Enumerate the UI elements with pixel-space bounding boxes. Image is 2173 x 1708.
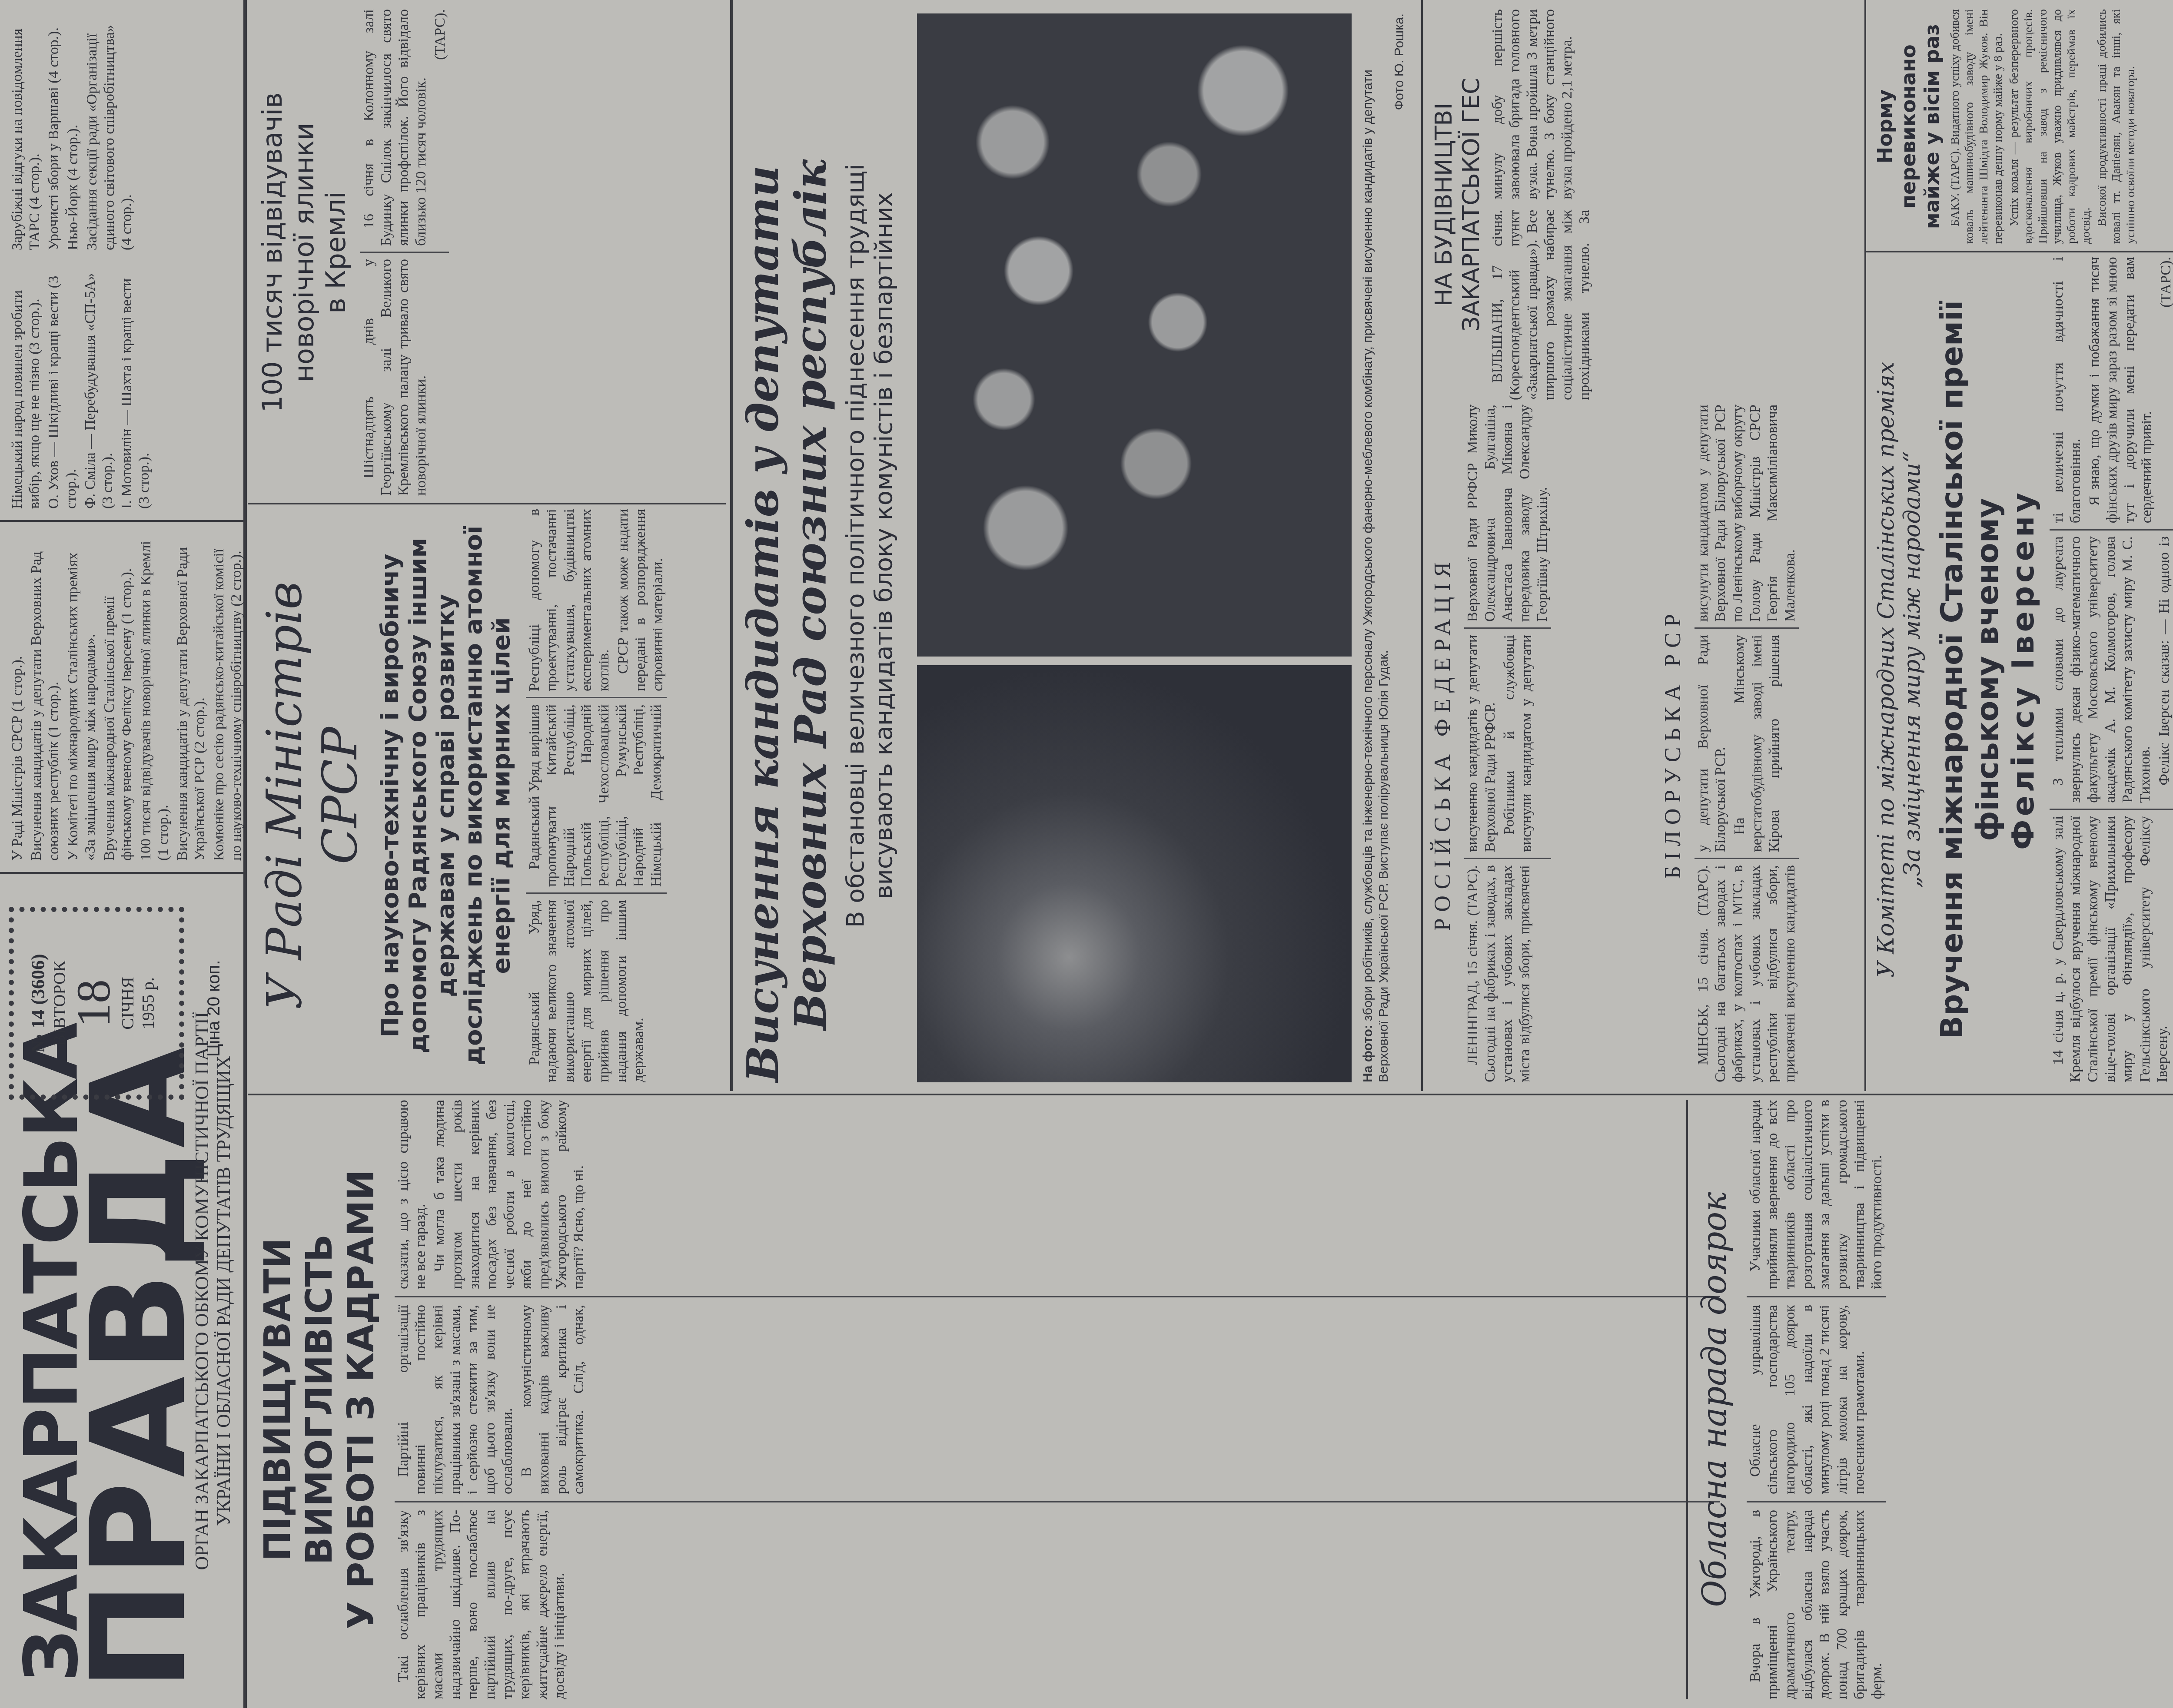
index-item[interactable]: 100 тисяч відвідувачів новорічної ялинки… (137, 531, 172, 861)
lead-headline-line1: ПІДВИЩУВАТИ ВИМОГЛИВІСТЬ (256, 1100, 340, 1699)
elections-headline-line1: Висунення кандидатів у депутати (739, 9, 787, 1082)
issue-month: СІЧНЯ (117, 912, 138, 1094)
rsfsr-heading: РОСІЙСЬКА ФЕДЕРАЦІЯ (1430, 405, 1455, 1082)
issue-date-box: № 14 (3606) ВІВТОРОК 18 СІЧНЯ 1955 р. (9, 907, 184, 1100)
norm-paragraph: Високої продуктивності праці добились ко… (2095, 9, 2138, 244)
kremlin-source: (ТАРС). (432, 9, 449, 246)
kremlin-headline-line2: новорічної ялинки (288, 9, 320, 496)
rsfsr-section: РОСІЙСЬКА ФЕДЕРАЦІЯ ЛЕНІНГРАД, 15 січня.… (1430, 405, 1551, 1082)
lead-paragraph: Такі ослаблення зв'язку керівних працівн… (395, 1510, 568, 1699)
index-item[interactable]: І. Мотовилін — Шахта і кращі вести (3 ст… (118, 268, 153, 509)
prize-headline-line2: Феліксу Іверсену (2005, 257, 2041, 1082)
newspaper-page: ЗАКАРПАТСЬКА ПРАВДА ОРГАН ЗАКАРПАТСЬКОГО… (0, 0, 2173, 1708)
index-item[interactable]: Висунення кандидатів у депутати Верховно… (174, 531, 209, 861)
norm-body: БАКУ. (ТАРС). Видатного успіху добився к… (1948, 9, 2138, 244)
council-paragraph: СРСР також може надати передані в розпор… (615, 509, 667, 691)
issue-weekday: ВІВТОРОК (49, 912, 70, 1094)
milkmaids-body: Вчора в Ужгороді, в приміщенні Українськ… (1747, 1100, 1886, 1699)
norm-article-block: Норму перевиконано майже у вісім раз БАК… (1873, 9, 2140, 244)
kremlin-tree-article: 100 тисяч відвідувачів новорічної ялинки… (256, 9, 726, 496)
index-item[interactable]: Німецький народ повинен зробити вибір, я… (9, 268, 43, 509)
hes-article: НА БУДІВНИЦТВІ ЗАКАРПАТСЬКОЇ ГЕС ВІЛЬШАН… (1430, 9, 1593, 400)
prize-kicker-line2: „За зміцнення миру між народами“ (1899, 257, 1925, 1082)
index-list-right: Німецький народ повинен зробити вибір, я… (9, 9, 153, 509)
issue-year: 1955 р. (138, 912, 158, 1094)
index-item[interactable]: Нью-Йорк (4 стор.). (64, 9, 82, 250)
elections-subhead-line1: В обстановці величезного політичного під… (841, 9, 870, 1082)
column-rule-main (248, 1094, 2173, 1095)
council-body: Радянський Уряд, надаючи великого значен… (526, 509, 667, 1082)
norm-paragraph: Успіх коваля — результат безперервного в… (2007, 9, 2093, 244)
kremlin-paragraph: 16 січня в Колонному залі Будинку Спілок… (360, 9, 430, 246)
index-divider-2 (0, 520, 243, 522)
index-item[interactable]: У Раді Міністрів СРСР (1 стор.). (9, 531, 26, 861)
lead-article-body: Такі ослаблення зв'язку керівних працівн… (395, 1100, 1720, 1699)
council-paragraph: Радянський Уряд, надаючи великого значен… (526, 900, 648, 1082)
norm-headline-line1: Норму перевиконано (1873, 9, 1920, 244)
prize-body: 14 січня ц. р. у Свердловському залі Кре… (2050, 257, 2173, 1082)
issue-day: 18 (70, 912, 117, 1094)
elections-headline-line2: Верховних Рад союзних республік (787, 9, 834, 1082)
lead-paragraph: Партійні організації повинні постійно пі… (395, 1305, 516, 1494)
prize-paragraph: З теплими словами до лауреата звернулись… (2050, 536, 2154, 803)
lead-headline-line2: У РОБОТІ З КАДРАМИ (340, 1100, 382, 1699)
kremlin-headline-line3: в Кремлі (320, 9, 352, 496)
photo-meeting (917, 13, 1352, 657)
lead-article: ПІДВИЩУВАТИ ВИМОГЛИВІСТЬ У РОБОТІ З КАДР… (256, 1100, 1682, 1699)
norm-paragraph: БАКУ. (ТАРС). Видатного успіху добився к… (1948, 9, 2005, 244)
elections-rule (730, 0, 733, 1091)
prize-headline-line1: Вручення міжнародної Сталінської премії … (1934, 257, 2005, 1082)
index-list: У Раді Міністрів СРСР (1 стор.). Висунен… (9, 531, 247, 861)
byelorussia-heading: БІЛОРУСЬКА РСР (1660, 405, 1686, 1082)
kremlin-paragraph: Шістнадцять днів у Георгіївському залі В… (360, 259, 430, 496)
byelorussia-body: МІНСЬК, 15 січня. (ТАРС). Сьогодні на ба… (1695, 405, 1799, 1082)
index-item[interactable]: О. Ухов — Шкідливі і кращі вести (3 стор… (45, 268, 80, 509)
photo-caption: На фото: збори робітників, службовців та… (1360, 13, 1407, 1082)
rsfsr-body: ЛЕНІНГРАД, 15 січня. (ТАРС). Сьогодні на… (1464, 405, 1551, 1082)
index-divider (0, 872, 243, 874)
issue-number: № 14 (3606) (27, 912, 49, 1094)
council-article: У Раді Міністрів СРСР Про науково-техніч… (256, 509, 691, 1082)
prize-kicker-line1: У Комітеті по міжнародних Сталінських пр… (1873, 257, 1899, 1082)
index-item[interactable]: Вручення міжнародної Сталінської премії … (101, 531, 136, 861)
prize-source: (ТАРС). (2157, 257, 2173, 523)
prize-paragraph: 14 січня ц. р. у Свердловському залі Кре… (2050, 816, 2171, 1082)
lead-paragraph: Чи могла б така людина протягом шести ро… (431, 1100, 588, 1289)
photo-caption-text: збори робітників, службовців та інженерн… (1361, 70, 1391, 1082)
stalin-prize-article: У Комітеті по міжнародних Сталінських пр… (1873, 257, 2173, 1082)
index-item[interactable]: Зарубіжні відгуки на повідомлення ТАРС (… (9, 9, 43, 250)
issue-price: Ціна 20 коп. (204, 917, 224, 1100)
council-kicker: У Раді Міністрів СРСР (256, 509, 368, 1082)
index-item[interactable]: Ф. Сміла — Перебудування «СП-5А» (3 стор… (82, 268, 116, 509)
milkmaids-rule (1686, 1100, 1688, 1699)
byelorussia-section: БІЛОРУСЬКА РСР МІНСЬК, 15 січня. (ТАРС).… (1660, 405, 1799, 1082)
milkmaids-article: Обласна нарада доярок Вчора в Ужгороді, … (1695, 1100, 2173, 1699)
masthead-title-main: ПРАВДА (74, 1043, 204, 1691)
elections-article: Висунення кандидатів у депутати Верховни… (739, 9, 898, 1082)
photo-rule (1421, 0, 1423, 1091)
index-item[interactable]: У Комітеті по міжнародних Сталінських пр… (64, 531, 99, 861)
prize-rule (1864, 0, 1866, 1091)
milkmaids-paragraph: Обласне управління сільського господарст… (1747, 1305, 1868, 1494)
council-headline: Про науково-технічну і виробничу допомог… (376, 509, 515, 1082)
photo-credit: Фото Ю. Рошка. (1392, 13, 1407, 1082)
kremlin-rule (248, 503, 726, 504)
hes-body: ВІЛЬШАНИ, 17 січня. (Кореспондентський п… (1489, 9, 1593, 400)
prize-paragraph: Я знаю, що думки і побажання тисяч фінсь… (2086, 257, 2156, 523)
photo-caption-label: На фото: (1361, 1025, 1375, 1082)
right-column-rule (1864, 251, 2173, 252)
kremlin-body: Шістнадцять днів у Георгіївському залі В… (360, 9, 449, 496)
elections-subhead-line2: висувають кандидатів блоку комуністів і … (870, 9, 898, 1082)
milkmaids-paragraph: Учасники обласної наради прийняли зверне… (1747, 1100, 1886, 1289)
milkmaids-paragraph: Вчора в Ужгороді, в приміщенні Українськ… (1747, 1510, 1886, 1699)
index-item[interactable]: Засідання секції ради «Організації єдино… (83, 9, 136, 250)
index-item[interactable]: Висунення кандидатів у депутати Верховни… (28, 531, 63, 861)
photo-portrait (917, 665, 1352, 1082)
hes-headline-line2: ЗАКАРПАТСЬКОЇ ГЕС (1457, 9, 1485, 400)
norm-headline-line2: майже у вісім раз (1920, 9, 1944, 244)
index-item[interactable]: Урочисті збори у Варшаві (4 стор.). (45, 9, 63, 250)
hes-headline-line1: НА БУДІВНИЦТВІ (1430, 9, 1457, 400)
index-item[interactable]: Комюніке про сесію радянсько-китайської … (210, 531, 245, 861)
milkmaids-headline: Обласна нарада доярок (1695, 1100, 1734, 1699)
hes-paragraph: ВІЛЬШАНИ, 17 січня. (Кореспондентський п… (1489, 9, 1593, 400)
kremlin-headline-line1: 100 тисяч відвідувачів (256, 9, 288, 496)
